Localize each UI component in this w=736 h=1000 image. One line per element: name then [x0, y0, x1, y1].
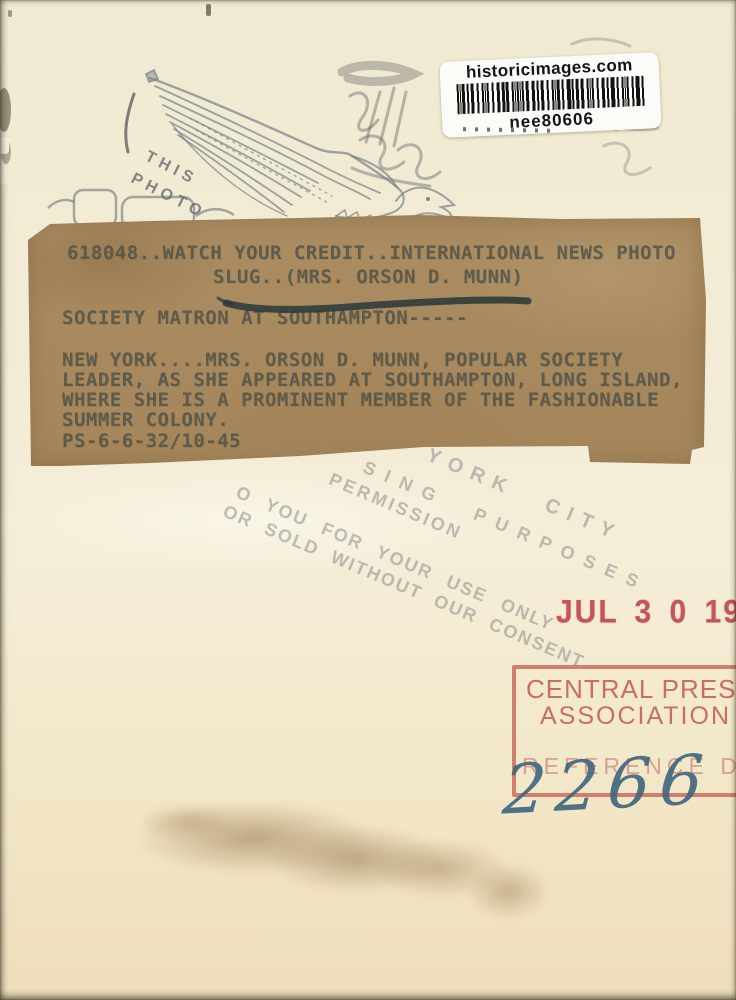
curved-pen-mark	[126, 94, 134, 152]
caption-body-line: LEADER, AS SHE APPEARED AT SOUTHAMPTON, …	[62, 370, 683, 390]
stain-blotch	[142, 796, 588, 936]
caption-body-line: SUMMER COLONY.	[62, 410, 229, 430]
barcode-sticker: historicimages.com nee80606	[439, 52, 661, 138]
date-stamp: JUL 3 0 1932	[556, 595, 736, 632]
caption-body-line: NEW YORK....MRS. ORSON D. MUNN, POPULAR …	[62, 350, 623, 370]
press-stamp-line1: CENTRAL PRESS	[526, 674, 736, 705]
white-chips	[0, 137, 9, 184]
caption-headline: SOCIETY MATRON AT SOUTHAMPTON-----	[62, 308, 468, 328]
credit-line: 618048..WATCH YOUR CREDIT..INTERNATIONAL…	[67, 243, 676, 263]
caption-body-line: WHERE SHE IS A PROMINENT MEMBER OF THE F…	[62, 390, 659, 410]
caption-ref-number: PS-6-6-32/10-45	[62, 431, 241, 451]
press-stamp-line2: ASSOCIATION	[540, 702, 731, 731]
pencil-scribbles	[342, 65, 440, 186]
press-photo-back-scan: THIS PHOTO 618048..WATCH YOUR CREDIT..IN…	[0, 0, 736, 1000]
edge-smudge-marks	[0, 4, 211, 164]
slug-line: SLUG..(MRS. ORSON D. MUNN)	[213, 267, 523, 287]
